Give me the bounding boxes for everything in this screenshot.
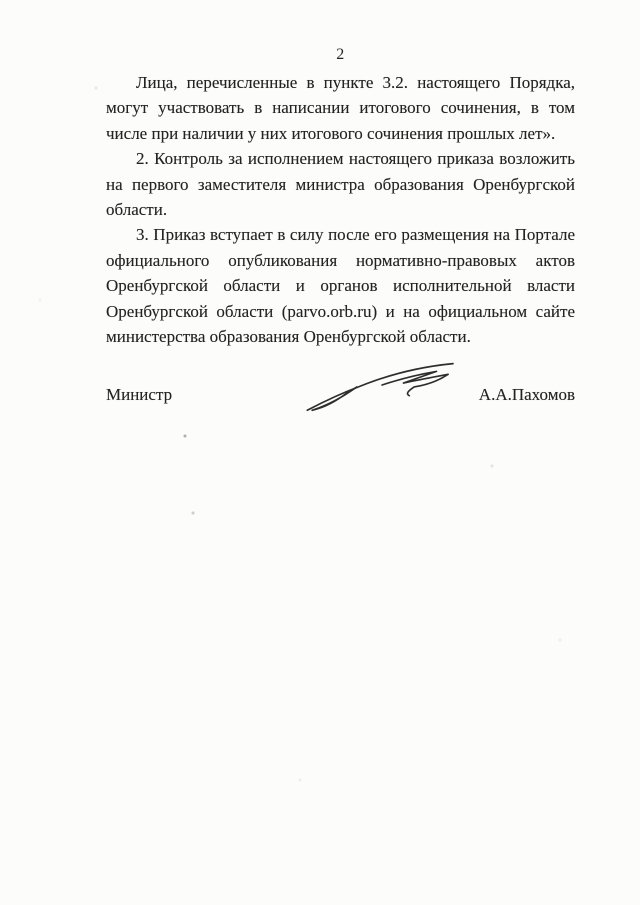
signatory-title: Министр	[106, 385, 172, 405]
signatory-name: А.А.Пахомов	[479, 385, 575, 405]
signature-block: Министр А.А.Пахомов	[106, 385, 575, 405]
document-body: Лица, перечисленные в пункте 3.2. настоя…	[106, 70, 575, 349]
paragraph-item-3: 3. Приказ вступает в силу после его разм…	[106, 222, 575, 349]
paragraph-continuation: Лица, перечисленные в пункте 3.2. настоя…	[106, 70, 575, 146]
page-number: 2	[106, 46, 575, 64]
scanned-document-page: 2 Лица, перечисленные в пункте 3.2. наст…	[0, 0, 640, 905]
paragraph-item-2: 2. Контроль за исполнением настоящего пр…	[106, 146, 575, 222]
